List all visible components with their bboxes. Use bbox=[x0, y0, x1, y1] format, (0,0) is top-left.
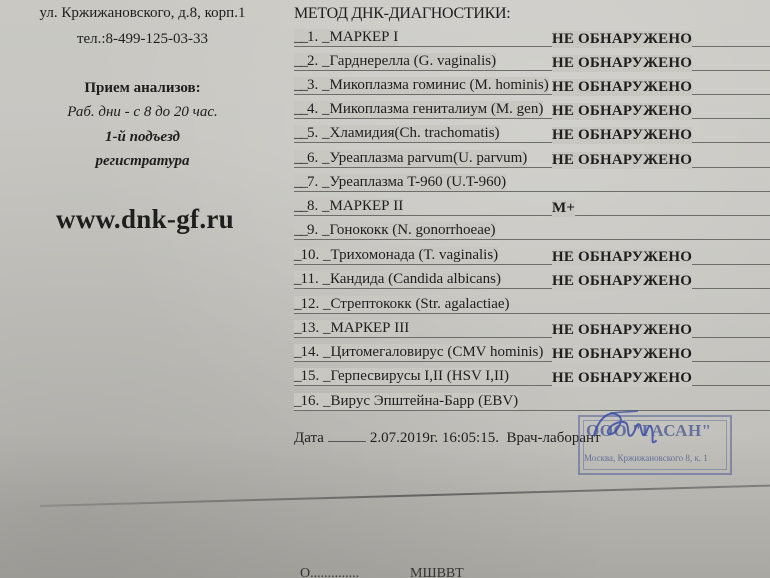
test-result: НЕ ОБНАРУЖЕНО bbox=[552, 79, 692, 96]
test-prefix: __ bbox=[294, 53, 307, 69]
test-name: _16. _Вирус Эпштейна-Барр (EBV) bbox=[294, 393, 518, 410]
fill-line bbox=[294, 264, 770, 265]
working-hours: Раб. дни - с 8 до 20 час. bbox=[0, 104, 285, 121]
test-result: НЕ ОБНАРУЖЕНО bbox=[552, 346, 692, 363]
fill-line bbox=[294, 167, 770, 168]
fill-line bbox=[294, 142, 770, 143]
test-result: НЕ ОБНАРУЖЕНО bbox=[552, 152, 692, 169]
clinic-address: ул. Кржижановского, д.8, корп.1 bbox=[0, 5, 285, 22]
test-label: _Кандида (Candida albicans) bbox=[322, 271, 501, 287]
test-name: __3. _Микоплазма гоминис (M. hominis) bbox=[294, 77, 549, 94]
next-page-text-2: МШВВТ bbox=[410, 566, 464, 578]
test-name: _14. _Цитомегаловирус (CMV hominis) bbox=[294, 344, 543, 361]
signature-icon bbox=[590, 405, 670, 449]
test-name: _15. _Герпесвирусы I,II (HSV I,II) bbox=[294, 368, 509, 385]
test-row: __3. _Микоплазма гоминис (M. hominis)НЕ … bbox=[294, 75, 770, 97]
test-label: _Хламидия(Ch. trachomatis) bbox=[322, 125, 500, 141]
test-label: _Гонококк (N. gonorrhoeae) bbox=[322, 222, 496, 238]
test-result: НЕ ОБНАРУЖЕНО bbox=[552, 55, 692, 72]
test-row: __6. _Уреаплазма parvum(U. parvum)НЕ ОБН… bbox=[294, 148, 770, 170]
clinic-phone: тел.:8-499-125-03-33 bbox=[0, 31, 285, 48]
test-number: 10. bbox=[301, 247, 320, 263]
test-row: _11. _Кандида (Candida albicans)НЕ ОБНАР… bbox=[294, 269, 770, 291]
test-label: _Уреаплазма T-960 (U.T-960) bbox=[322, 174, 506, 190]
test-name: _12. _Стрептококк (Str. agalactiae) bbox=[294, 296, 510, 313]
test-prefix: __ bbox=[294, 222, 307, 238]
fill-line bbox=[294, 337, 770, 338]
test-label: _МАРКЕР II bbox=[322, 198, 403, 214]
test-number: 2. bbox=[307, 53, 318, 69]
test-prefix: __ bbox=[294, 77, 307, 93]
fill-line bbox=[294, 94, 770, 95]
fill-line bbox=[294, 215, 770, 216]
test-row: __8. _МАРКЕР IIM+ bbox=[294, 196, 770, 218]
test-name: __1. _МАРКЕР I bbox=[294, 29, 398, 46]
test-row: __4. _Микоплазма гениталиум (M. gen)НЕ О… bbox=[294, 99, 770, 121]
test-row: _15. _Герпесвирусы I,II (HSV I,II)НЕ ОБН… bbox=[294, 366, 770, 388]
test-result: НЕ ОБНАРУЖЕНО bbox=[552, 322, 692, 339]
test-number: 7. bbox=[307, 174, 318, 190]
test-number: 8. bbox=[307, 198, 318, 214]
test-label: _Цитомегаловирус (CMV hominis) bbox=[323, 344, 543, 360]
test-name: __4. _Микоплазма гениталиум (M. gen) bbox=[294, 101, 543, 118]
fill-line bbox=[294, 288, 770, 289]
test-number: 3. bbox=[307, 77, 318, 93]
test-number: 1. bbox=[307, 29, 318, 45]
test-label: _МАРКЕР I bbox=[322, 29, 398, 45]
test-name: __2. _Гарднерелла (G. vaginalis) bbox=[294, 53, 496, 70]
test-result: НЕ ОБНАРУЖЕНО bbox=[552, 249, 692, 266]
test-number: 6. bbox=[307, 150, 318, 166]
test-label: _Вирус Эпштейна-Барр (EBV) bbox=[323, 393, 518, 409]
test-number: 16. bbox=[301, 393, 320, 409]
test-name: _11. _Кандида (Candida albicans) bbox=[294, 271, 501, 288]
test-label: _Микоплазма гениталиум (M. gen) bbox=[322, 101, 543, 117]
report-footer: Дата2.07.2019г. 16:05:15. Врач-лаборант bbox=[294, 430, 601, 447]
clinic-website: www.dnk-gf.ru bbox=[0, 204, 290, 235]
lab-report-photo: ул. Кржижановского, д.8, корп.1 тел.:8-4… bbox=[0, 0, 770, 578]
test-prefix: __ bbox=[294, 174, 307, 190]
test-result: НЕ ОБНАРУЖЕНО bbox=[552, 103, 692, 120]
test-row: __1. _МАРКЕР IНЕ ОБНАРУЖЕНО bbox=[294, 27, 770, 49]
page-fold bbox=[40, 484, 770, 507]
test-result: НЕ ОБНАРУЖЕНО bbox=[552, 273, 692, 290]
test-result: M+ bbox=[552, 200, 575, 217]
test-prefix: __ bbox=[294, 125, 307, 141]
test-name: _13. _МАРКЕР III bbox=[294, 320, 409, 337]
test-row: _12. _Стрептококк (Str. agalactiae) bbox=[294, 294, 770, 316]
test-label: _Гарднерелла (G. vaginalis) bbox=[322, 53, 496, 69]
test-label: _Микоплазма гоминис (M. hominis) bbox=[322, 77, 549, 93]
test-row: __9. _Гонококк (N. gonorrhoeae) bbox=[294, 220, 770, 242]
fill-line bbox=[294, 313, 770, 314]
test-label: _Стрептококк (Str. agalactiae) bbox=[323, 296, 510, 312]
test-name: __5. _Хламидия(Ch. trachomatis) bbox=[294, 125, 500, 142]
test-row: _13. _МАРКЕР IIIНЕ ОБНАРУЖЕНО bbox=[294, 318, 770, 340]
date-value: 2.07.2019г. 16:05:15. bbox=[370, 430, 499, 446]
fill-line bbox=[294, 46, 770, 47]
fill-line bbox=[294, 70, 770, 71]
test-row: _16. _Вирус Эпштейна-Барр (EBV) bbox=[294, 391, 770, 413]
test-name: __7. _Уреаплазма T-960 (U.T-960) bbox=[294, 174, 506, 191]
test-name: __9. _Гонококк (N. gonorrhoeae) bbox=[294, 222, 496, 239]
test-label: _Герпесвирусы I,II (HSV I,II) bbox=[323, 368, 509, 384]
test-number: 15. bbox=[301, 368, 320, 384]
test-name: _10. _Трихомонада (T. vaginalis) bbox=[294, 247, 498, 264]
registry-note: регистратура bbox=[0, 153, 285, 170]
test-result: НЕ ОБНАРУЖЕНО bbox=[552, 31, 692, 48]
test-row: __2. _Гарднерелла (G. vaginalis)НЕ ОБНАР… bbox=[294, 51, 770, 73]
test-label: _Уреаплазма parvum(U. parvum) bbox=[322, 150, 527, 166]
fill-line bbox=[294, 118, 770, 119]
test-row: __5. _Хламидия(Ch. trachomatis)НЕ ОБНАРУ… bbox=[294, 123, 770, 145]
test-number: 5. bbox=[307, 125, 318, 141]
entrance-note: 1-й подъезд bbox=[0, 129, 285, 146]
fill-line bbox=[294, 385, 770, 386]
test-prefix: __ bbox=[294, 29, 307, 45]
date-blank bbox=[328, 441, 366, 442]
test-row: __7. _Уреаплазма T-960 (U.T-960) bbox=[294, 172, 770, 194]
test-prefix: __ bbox=[294, 198, 307, 214]
test-name: __8. _МАРКЕР II bbox=[294, 198, 403, 215]
test-result: НЕ ОБНАРУЖЕНО bbox=[552, 370, 692, 387]
test-number: 4. bbox=[307, 101, 318, 117]
test-label: _МАРКЕР III bbox=[323, 320, 409, 336]
test-number: 12. bbox=[301, 296, 320, 312]
fill-line bbox=[294, 410, 770, 411]
stamp-city: Москва, Кржижановского 8, к. 1 bbox=[584, 453, 708, 463]
next-page-text-1: О.............. bbox=[300, 566, 359, 578]
test-label: _Трихомонада (T. vaginalis) bbox=[323, 247, 498, 263]
method-title: МЕТОД ДНК-ДИАГНОСТИКИ: bbox=[294, 5, 510, 23]
test-result: НЕ ОБНАРУЖЕНО bbox=[552, 127, 692, 144]
intake-title: Прием анализов: bbox=[0, 80, 285, 97]
fill-line bbox=[294, 191, 770, 192]
test-number: 14. bbox=[301, 344, 320, 360]
date-label: Дата bbox=[294, 430, 324, 446]
test-name: __6. _Уреаплазма parvum(U. parvum) bbox=[294, 150, 527, 167]
test-row: _14. _Цитомегаловирус (CMV hominis)НЕ ОБ… bbox=[294, 342, 770, 364]
fill-line bbox=[294, 361, 770, 362]
test-prefix: __ bbox=[294, 101, 307, 117]
test-number: 9. bbox=[307, 222, 318, 238]
test-number: 13. bbox=[301, 320, 320, 336]
fill-line bbox=[294, 239, 770, 240]
test-prefix: __ bbox=[294, 150, 307, 166]
test-number: 11. bbox=[301, 271, 319, 287]
test-row: _10. _Трихомонада (T. vaginalis)НЕ ОБНАР… bbox=[294, 245, 770, 267]
